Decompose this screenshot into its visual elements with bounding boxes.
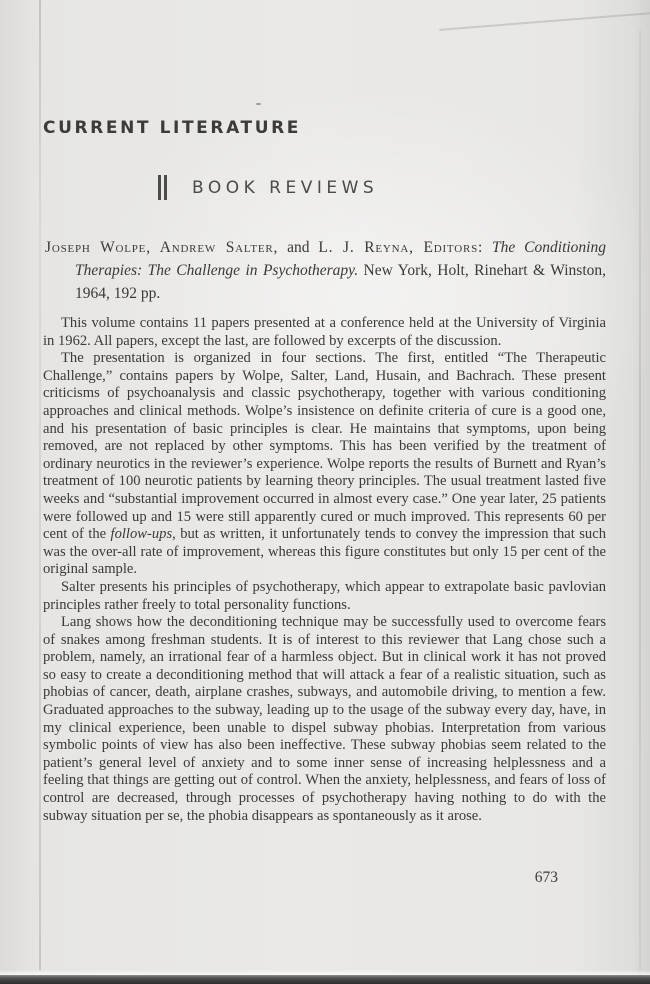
body-paragraph: Salter presents his principles of psycho…	[43, 579, 606, 614]
paragraph-segment: The presentation is organized in four se…	[43, 350, 606, 542]
paragraph-segment: This volume contains 11 papers presented…	[43, 315, 606, 349]
citation-segment: and	[278, 239, 318, 256]
page-right-edge	[639, 30, 641, 970]
paragraph-segment: follow-ups	[111, 526, 173, 542]
paragraph-segment: Salter presents his principles of psycho…	[43, 579, 606, 613]
body-paragraph: Lang shows how the deconditioning techni…	[43, 614, 606, 825]
citation-segment: Joseph Wolpe, Andrew Salter,	[45, 239, 278, 256]
page-crease-line	[39, 0, 41, 970]
paragraph-segment: Lang shows how the deconditioning techni…	[43, 614, 606, 824]
page-number: 673	[535, 869, 558, 887]
subsection-header-book-reviews: BOOK REVIEWS	[192, 178, 378, 198]
double-bar-icon	[158, 175, 167, 200]
book-reviews-header-row: BOOK REVIEWS	[158, 175, 606, 200]
body-paragraph: This volume contains 11 papers presented…	[43, 315, 606, 350]
page-content: CURRENT LITERATURE BOOK REVIEWS Joseph W…	[43, 0, 606, 825]
scanned-page: CURRENT LITERATURE BOOK REVIEWS Joseph W…	[0, 0, 650, 984]
citation: Joseph Wolpe, Andrew Salter, and L. J. R…	[45, 236, 606, 305]
citation-segment: L. J. Reyna, Editors:	[318, 239, 483, 256]
section-header-current-literature: CURRENT LITERATURE	[43, 118, 606, 138]
review-body: This volume contains 11 papers presented…	[43, 315, 606, 825]
scan-bottom-edge	[0, 975, 650, 984]
body-paragraph: The presentation is organized in four se…	[43, 350, 606, 579]
